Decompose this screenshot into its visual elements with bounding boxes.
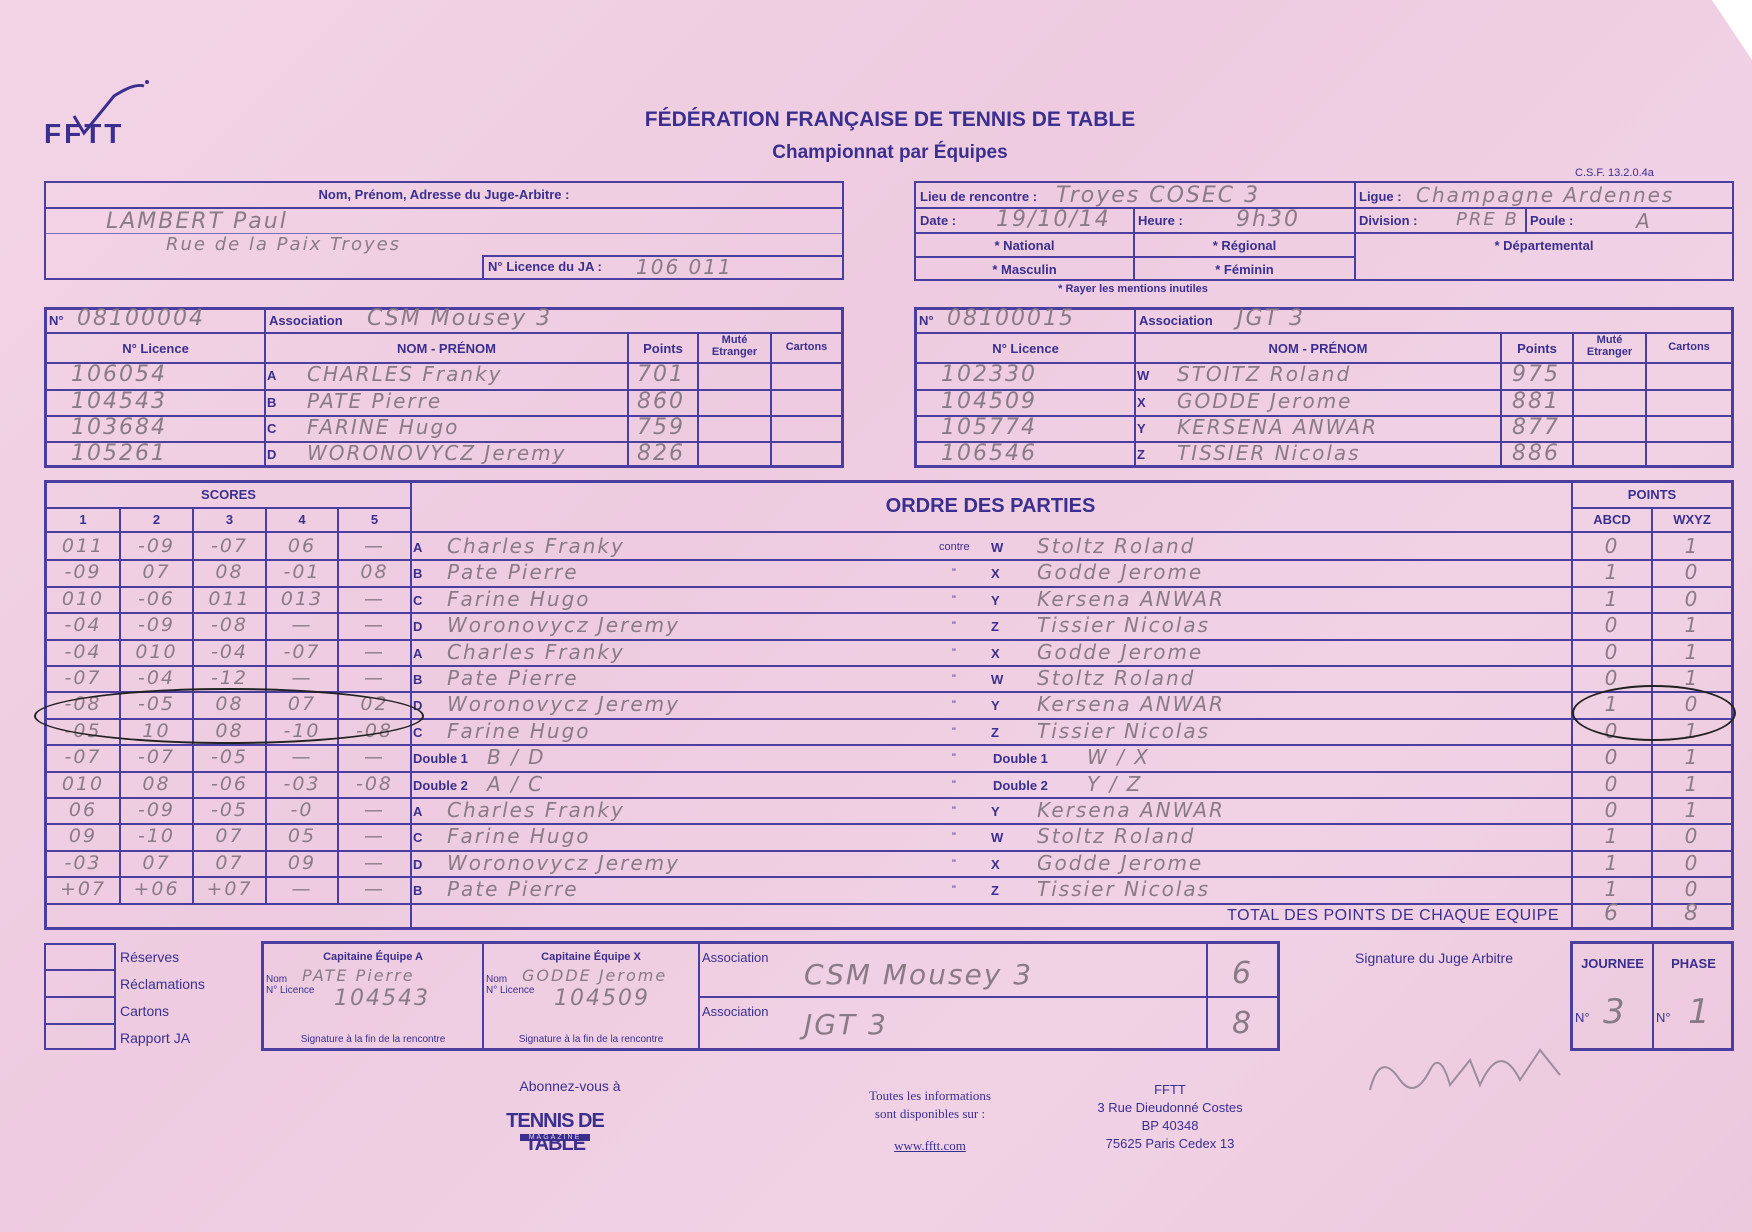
col-nom: NOM - PRÉNOM [1136, 341, 1500, 356]
player-name[interactable]: PATE Pierre [307, 389, 442, 413]
player-points[interactable]: 860 [637, 389, 685, 414]
left-player-name[interactable]: Farine Hugo [447, 718, 591, 744]
set-score[interactable]: 07 [194, 850, 265, 876]
left-player-letter: B [413, 883, 422, 898]
right-player-name[interactable]: Godde Jerome [1037, 639, 1203, 665]
contre-marker: contre [939, 541, 970, 553]
right-player-name[interactable]: Stoltz Roland [1037, 533, 1195, 559]
points-wxyz[interactable]: 1 [1653, 744, 1731, 770]
team-a-number[interactable]: 08100004 [77, 306, 205, 331]
set-score[interactable]: 07 [121, 850, 192, 876]
points-abcd[interactable]: 1 [1573, 823, 1651, 849]
left-player-name[interactable]: Woronovycz Jeremy [447, 691, 680, 717]
set-score[interactable]: +07 [47, 876, 119, 902]
abcd-header: ABCD [1573, 512, 1651, 527]
website-link[interactable]: www.fftt.com [830, 1138, 1030, 1154]
right-player-letter: W [991, 672, 1003, 687]
info-line-2: sont disponibles sur : [830, 1106, 1030, 1122]
phase-no-label: N° [1656, 1010, 1671, 1025]
licence-ja-label: N° Licence du JA : [488, 259, 602, 274]
match-row: 06-09-05-0—ACharles Franky"YKersena ANWA… [47, 797, 1731, 823]
player-licence[interactable]: 104509 [941, 389, 1037, 414]
left-player-letter: C [413, 725, 422, 740]
match-row: -03070709—DWoronovycz Jeremy"XGodde Jero… [47, 850, 1731, 876]
set-score[interactable]: — [267, 876, 337, 902]
player-letter: A [267, 368, 276, 383]
player-points[interactable]: 759 [637, 415, 685, 440]
set-score[interactable]: -01 [267, 559, 337, 585]
points-abcd[interactable]: 1 [1573, 876, 1651, 902]
right-player-letter: Double 1 [993, 751, 1048, 766]
right-player-letter: W [991, 540, 1003, 555]
right-player-letter: Double 2 [993, 778, 1048, 793]
captain-x-name[interactable]: GODDE Jerome [522, 966, 667, 985]
player-name[interactable]: WORONOVYCZ Jeremy [307, 441, 566, 465]
player-licence[interactable]: 105261 [71, 441, 167, 466]
team-x-no-label: N° [919, 313, 934, 328]
phase-label: PHASE [1654, 956, 1733, 971]
set-score[interactable]: 011 [194, 586, 265, 612]
right-player-letter: Z [991, 883, 999, 898]
journee-phase-box: JOURNEE PHASE N° 3 N° 1 [1570, 941, 1734, 1051]
player-name[interactable]: KERSENA ANWAR [1177, 415, 1378, 439]
col-points: Points [1502, 341, 1572, 356]
poule-label: Poule : [1530, 213, 1573, 228]
right-player-letter: W [991, 830, 1003, 845]
set-score[interactable]: -08 [194, 612, 265, 638]
juge-arbitre-box: Nom, Prénom, Adresse du Juge-Arbitre : L… [44, 181, 844, 280]
player-name[interactable]: STOITZ Roland [1177, 362, 1351, 386]
abonnez-text: Abonnez-vous à [470, 1078, 670, 1094]
contre-marker: " [952, 620, 956, 632]
right-player-name[interactable]: Y / Z [1087, 771, 1142, 797]
player-licence[interactable]: 103684 [71, 415, 167, 440]
player-name[interactable]: FARINE Hugo [307, 415, 459, 439]
points-abcd[interactable]: 0 [1573, 612, 1651, 638]
points-wxyz[interactable]: 0 [1653, 876, 1731, 902]
team-x-number[interactable]: 08100015 [947, 306, 1075, 331]
juge-arbitre-address[interactable]: Rue de la Paix Troyes [166, 234, 401, 255]
signature-scribble-icon [1360, 1030, 1600, 1110]
total-label: TOTAL DES POINTS DE CHAQUE EQUIPE [1227, 907, 1559, 925]
contre-marker: " [952, 831, 956, 843]
col-cartons: Cartons [772, 341, 841, 353]
match-row: -07-07-05——Double 1B / D"Double 1W / X01 [47, 744, 1731, 770]
heure-value[interactable]: 9h30 [1236, 207, 1300, 232]
player-licence[interactable]: 105774 [941, 415, 1037, 440]
journee-label: JOURNEE [1573, 956, 1652, 971]
captain-x-nom-label: Nom [486, 974, 507, 985]
left-player-letter: Double 2 [413, 778, 468, 793]
lieu-value[interactable]: Troyes COSEC 3 [1056, 183, 1260, 208]
right-player-letter: Y [991, 804, 1000, 819]
page-title: FÉDÉRATION FRANÇAISE DE TENNIS DE TABLE [560, 108, 1220, 132]
paper-corner [1712, 0, 1752, 60]
points-header: POINTS [1573, 487, 1731, 502]
contre-marker: " [952, 779, 956, 791]
option-regional[interactable]: * Régional [1135, 238, 1354, 253]
points-wxyz[interactable]: 1 [1653, 771, 1731, 797]
captain-x-licence-label: N° Licence [486, 985, 534, 996]
set-score[interactable]: — [339, 876, 410, 902]
set-score[interactable]: -04 [47, 639, 119, 665]
right-player-name[interactable]: Tissier Nicolas [1037, 876, 1210, 902]
left-player-letter: D [413, 857, 422, 872]
left-player-letter: A [413, 646, 422, 661]
journee-value[interactable]: 3 [1603, 992, 1627, 1032]
contre-marker: " [952, 805, 956, 817]
set-score[interactable]: -07 [47, 744, 119, 770]
contre-marker: " [952, 858, 956, 870]
captain-a-licence-label: N° Licence [266, 985, 314, 996]
set-score[interactable]: -09 [121, 533, 192, 559]
org-address-1: 3 Rue Dieudonné Costes [1060, 1100, 1280, 1115]
match-row: 010-06011013—CFarine Hugo"YKersena ANWAR… [47, 586, 1731, 612]
journee-no-label: N° [1575, 1010, 1590, 1025]
player-letter: D [267, 447, 276, 462]
player-letter: Y [1137, 421, 1146, 436]
left-player-name[interactable]: Woronovycz Jeremy [447, 612, 680, 638]
right-player-letter: Y [991, 698, 1000, 713]
left-player-name[interactable]: Charles Franky [447, 797, 625, 823]
right-player-name[interactable]: Tissier Nicolas [1037, 718, 1210, 744]
set-score[interactable]: — [267, 744, 337, 770]
team-x-box: N° 08100015 Association JGT 3 N° Licence… [914, 307, 1734, 468]
set-score[interactable]: +07 [194, 876, 265, 902]
set-score[interactable]: -03 [47, 850, 119, 876]
player-letter: W [1137, 368, 1149, 383]
points-abcd[interactable]: 0 [1573, 797, 1651, 823]
ordre-header: ORDRE DES PARTIES [410, 495, 1571, 518]
total-abcd[interactable]: 6 [1573, 901, 1651, 926]
set-score[interactable]: — [339, 533, 410, 559]
set-score[interactable]: 09 [47, 823, 119, 849]
left-player-name[interactable]: A / C [487, 771, 544, 797]
scores-header: SCORES [47, 487, 410, 502]
juge-arbitre-name[interactable]: LAMBERT Paul [106, 209, 288, 234]
result-score-a[interactable]: 6 [1208, 956, 1277, 991]
contre-marker: " [952, 726, 956, 738]
match-row: 011-09-0706—ACharles FrankycontreWStoltz… [47, 533, 1731, 559]
points-wxyz[interactable]: 0 [1653, 823, 1731, 849]
player-points[interactable]: 881 [1512, 389, 1560, 414]
captain-x-signature-label: Signature à la fin de la rencontre [484, 1034, 698, 1045]
right-player-letter: Y [991, 593, 1000, 608]
captain-a-licence[interactable]: 104543 [334, 986, 430, 1011]
org-address-3: 75625 Paris Cedex 13 [1060, 1136, 1280, 1151]
set-header: 1 [47, 512, 119, 527]
set-score[interactable]: — [267, 612, 337, 638]
match-row: -07-04-12——BPate Pierre"WStoltz Roland01 [47, 665, 1731, 691]
player-points[interactable]: 886 [1512, 441, 1560, 466]
player-licence[interactable]: 102330 [941, 362, 1037, 387]
set-score[interactable]: -04 [47, 612, 119, 638]
left-player-name[interactable]: B / D [487, 744, 546, 770]
fftt-logo: FFTT [44, 78, 154, 148]
info-line-1: Toutes les informations [830, 1088, 1030, 1104]
set-score[interactable]: — [339, 586, 410, 612]
match-row: -04-09-08——DWoronovycz Jeremy"ZTissier N… [47, 612, 1731, 638]
check-reclamations[interactable]: Réclamations [120, 976, 205, 992]
set-score[interactable]: 06 [47, 797, 119, 823]
right-player-letter: X [991, 857, 1000, 872]
points-abcd[interactable]: 1 [1573, 559, 1651, 585]
date-label: Date : [920, 213, 956, 228]
set-header: 5 [339, 512, 410, 527]
left-player-name[interactable]: Woronovycz Jeremy [447, 850, 680, 876]
points-abcd[interactable]: 0 [1573, 639, 1651, 665]
left-player-letter: B [413, 672, 422, 687]
check-rapport-ja[interactable]: Rapport JA [120, 1030, 190, 1046]
match-row: +07+06+07——BPate Pierre"ZTissier Nicolas… [47, 876, 1731, 902]
team-x-association-label: Association [1139, 313, 1213, 328]
right-player-letter: X [991, 646, 1000, 661]
option-departemental[interactable]: * Départemental [1356, 238, 1732, 253]
points-wxyz[interactable]: 1 [1653, 639, 1731, 665]
captain-a-name[interactable]: PATE Pierre [302, 966, 415, 985]
set-score[interactable]: -09 [121, 612, 192, 638]
magazine-subtitle: MAGAZINE [520, 1134, 590, 1141]
right-player-name[interactable]: Tissier Nicolas [1037, 612, 1210, 638]
result-team-x[interactable]: JGT 3 [804, 1008, 888, 1041]
points-abcd[interactable]: 0 [1573, 771, 1651, 797]
match-row: 09-100705—CFarine Hugo"WStoltz Roland10 [47, 823, 1731, 849]
left-player-letter: A [413, 540, 422, 555]
option-feminin[interactable]: * Féminin [1135, 262, 1354, 277]
page-subtitle: Championnat par Équipes [560, 142, 1220, 164]
date-value[interactable]: 19/10/14 [996, 207, 1111, 232]
player-points[interactable]: 826 [637, 441, 685, 466]
set-score[interactable]: -07 [194, 533, 265, 559]
points-abcd[interactable]: 1 [1573, 586, 1651, 612]
set-score[interactable]: 07 [194, 823, 265, 849]
col-licence: N° Licence [47, 341, 264, 356]
set-score[interactable]: -06 [121, 586, 192, 612]
set-score[interactable]: 010 [47, 586, 119, 612]
left-player-name[interactable]: Farine Hugo [447, 823, 591, 849]
player-licence[interactable]: 106546 [941, 441, 1037, 466]
set-score[interactable]: 05 [267, 823, 337, 849]
captains-result-box: Capitaine Équipe A Nom N° Licence PATE P… [261, 941, 1280, 1051]
signature-ja[interactable] [1360, 1030, 1600, 1110]
set-score[interactable]: -06 [194, 771, 265, 797]
result-score-x[interactable]: 8 [1208, 1006, 1277, 1041]
contre-marker: " [952, 647, 956, 659]
col-mute: Muté Etranger [699, 334, 770, 358]
right-player-name[interactable]: Stoltz Roland [1037, 665, 1195, 691]
player-letter: Z [1137, 447, 1145, 462]
option-national[interactable]: * National [916, 238, 1133, 253]
contre-marker: " [952, 884, 956, 896]
col-nom: NOM - PRÉNOM [266, 341, 627, 356]
circle-annotation-points [1572, 685, 1736, 741]
points-wxyz[interactable]: 0 [1653, 559, 1731, 585]
player-points[interactable]: 975 [1512, 362, 1560, 387]
points-wxyz[interactable]: 1 [1653, 533, 1731, 559]
set-score[interactable]: -07 [121, 744, 192, 770]
contre-marker: " [952, 567, 956, 579]
right-player-name[interactable]: W / X [1087, 744, 1150, 770]
player-licence[interactable]: 104543 [71, 389, 167, 414]
col-cartons: Cartons [1647, 341, 1731, 353]
player-name[interactable]: TISSIER Nicolas [1177, 441, 1361, 465]
set-score[interactable]: 06 [267, 533, 337, 559]
left-player-letter: A [413, 804, 422, 819]
set-score[interactable]: -04 [121, 665, 192, 691]
right-player-name[interactable]: Kersena ANWAR [1037, 586, 1225, 612]
left-player-name[interactable]: Pate Pierre [447, 559, 579, 585]
set-header: 4 [267, 512, 337, 527]
left-player-name[interactable]: Pate Pierre [447, 665, 579, 691]
team-a-box: N° 08100004 Association CSM Mousey 3 N° … [44, 307, 844, 468]
set-score[interactable]: — [339, 797, 410, 823]
team-a-association-label: Association [269, 313, 343, 328]
left-player-letter: D [413, 619, 422, 634]
licence-ja-value[interactable]: 106 011 [636, 255, 733, 279]
set-score[interactable]: -08 [339, 771, 410, 797]
set-score[interactable]: -05 [194, 797, 265, 823]
set-score[interactable]: — [339, 823, 410, 849]
contre-marker: " [952, 673, 956, 685]
set-header: 3 [194, 512, 265, 527]
set-score[interactable]: 09 [267, 850, 337, 876]
right-player-name[interactable]: Godde Jerome [1037, 850, 1203, 876]
set-score[interactable]: 011 [47, 533, 119, 559]
division-label: Division : [1359, 213, 1418, 228]
points-wxyz[interactable]: 0 [1653, 586, 1731, 612]
match-row: -04010-04-07—ACharles Franky"XGodde Jero… [47, 639, 1731, 665]
left-player-letter: Double 1 [413, 751, 468, 766]
check-cartons[interactable]: Cartons [120, 1003, 169, 1019]
result-association-label: Association [702, 950, 768, 965]
right-player-name[interactable]: Kersena ANWAR [1037, 691, 1225, 717]
set-score[interactable]: 010 [47, 771, 119, 797]
set-score[interactable]: 08 [339, 559, 410, 585]
captain-a-nom-label: Nom [266, 974, 287, 985]
left-player-name[interactable]: Farine Hugo [447, 586, 591, 612]
set-score[interactable]: — [339, 665, 410, 691]
left-player-name[interactable]: Pate Pierre [447, 876, 579, 902]
result-association-label: Association [702, 1004, 768, 1019]
set-score[interactable]: -0 [267, 797, 337, 823]
set-score[interactable]: -05 [194, 744, 265, 770]
left-player-name[interactable]: Charles Franky [447, 639, 625, 665]
col-mute: Muté Etranger [1574, 334, 1645, 358]
circle-annotation-scores [34, 688, 424, 744]
lieu-label: Lieu de rencontre : [920, 189, 1037, 204]
set-score[interactable]: 08 [121, 771, 192, 797]
contre-marker: " [952, 752, 956, 764]
division-value[interactable]: PRE B [1456, 209, 1519, 230]
set-score[interactable]: +06 [121, 876, 192, 902]
set-score[interactable]: -09 [121, 797, 192, 823]
left-player-letter: C [413, 830, 422, 845]
left-player-letter: B [413, 566, 422, 581]
team-x-association[interactable]: JGT 3 [1237, 306, 1305, 331]
set-score[interactable]: 013 [267, 586, 337, 612]
right-player-name[interactable]: Godde Jerome [1037, 559, 1203, 585]
set-score[interactable]: -09 [47, 559, 119, 585]
result-team-a[interactable]: CSM Mousey 3 [804, 958, 1033, 991]
right-player-name[interactable]: Stoltz Roland [1037, 823, 1195, 849]
contre-marker: " [952, 699, 956, 711]
match-row: 01008-06-03-08Double 2A / C"Double 2Y / … [47, 771, 1731, 797]
signature-ja-label: Signature du Juge Arbitre [1355, 950, 1513, 966]
rayer-note: * Rayer les mentions inutiles [914, 283, 1352, 295]
set-score[interactable]: — [339, 850, 410, 876]
points-abcd[interactable]: 0 [1573, 744, 1651, 770]
player-name[interactable]: CHARLES Franky [307, 362, 503, 386]
form-code: C.S.F. 13.2.0.4a [1575, 167, 1654, 179]
points-wxyz[interactable]: 0 [1653, 850, 1731, 876]
juge-arbitre-label: Nom, Prénom, Adresse du Juge-Arbitre : [46, 187, 842, 202]
col-licence: N° Licence [917, 341, 1134, 356]
phase-value[interactable]: 1 [1688, 992, 1712, 1032]
points-abcd[interactable]: 1 [1573, 850, 1651, 876]
team-a-association[interactable]: CSM Mousey 3 [367, 306, 552, 331]
left-player-name[interactable]: Charles Franky [447, 533, 625, 559]
captain-x-licence[interactable]: 104509 [554, 986, 650, 1011]
magazine-title: TENNIS DE TABLE [475, 1110, 635, 1156]
org-name: FFTT [1060, 1082, 1280, 1097]
check-reserves[interactable]: Réserves [120, 949, 179, 965]
option-masculin[interactable]: * Masculin [916, 262, 1133, 277]
rencontre-box: Lieu de rencontre : Troyes COSEC 3 Ligue… [914, 181, 1734, 281]
points-wxyz[interactable]: 1 [1653, 797, 1731, 823]
right-player-letter: Z [991, 619, 999, 634]
player-points[interactable]: 877 [1512, 415, 1560, 440]
wxyz-header: WXYZ [1653, 512, 1731, 527]
set-score[interactable]: -07 [267, 639, 337, 665]
player-letter: B [267, 395, 276, 410]
captain-x-title: Capitaine Équipe X [484, 951, 698, 963]
player-letter: C [267, 421, 276, 436]
player-letter: X [1137, 395, 1146, 410]
ligue-label: Ligue : [1359, 189, 1402, 204]
right-player-letter: Z [991, 725, 999, 740]
set-score[interactable]: — [339, 612, 410, 638]
left-player-letter: C [413, 593, 422, 608]
captain-a-title: Capitaine Équipe A [264, 951, 482, 963]
poule-value[interactable]: A [1636, 209, 1652, 233]
heure-label: Heure : [1138, 213, 1183, 228]
total-wxyz[interactable]: 8 [1653, 901, 1731, 926]
set-header: 2 [121, 512, 192, 527]
set-score[interactable]: 010 [121, 639, 192, 665]
contre-marker: " [952, 594, 956, 606]
set-score[interactable]: — [339, 744, 410, 770]
right-player-name[interactable]: Kersena ANWAR [1037, 797, 1225, 823]
set-score[interactable]: — [339, 639, 410, 665]
ligue-value[interactable]: Champagne Ardennes [1416, 183, 1674, 207]
org-address-2: BP 40348 [1060, 1118, 1280, 1133]
captain-a-signature-label: Signature à la fin de la rencontre [264, 1034, 482, 1045]
set-score[interactable]: -04 [194, 639, 265, 665]
set-score[interactable]: 08 [194, 559, 265, 585]
points-abcd[interactable]: 0 [1573, 533, 1651, 559]
points-wxyz[interactable]: 1 [1653, 612, 1731, 638]
player-points[interactable]: 701 [637, 362, 685, 387]
magazine-logo[interactable]: TENNIS DE TABLE MAGAZINE [475, 1108, 635, 1142]
set-score[interactable]: -10 [121, 823, 192, 849]
set-score[interactable]: -07 [47, 665, 119, 691]
player-licence[interactable]: 106054 [71, 362, 167, 387]
set-score[interactable]: -03 [267, 771, 337, 797]
player-name[interactable]: GODDE Jerome [1177, 389, 1352, 413]
set-score[interactable]: — [267, 665, 337, 691]
set-score[interactable]: 07 [121, 559, 192, 585]
logo-text: FFTT [44, 118, 124, 150]
